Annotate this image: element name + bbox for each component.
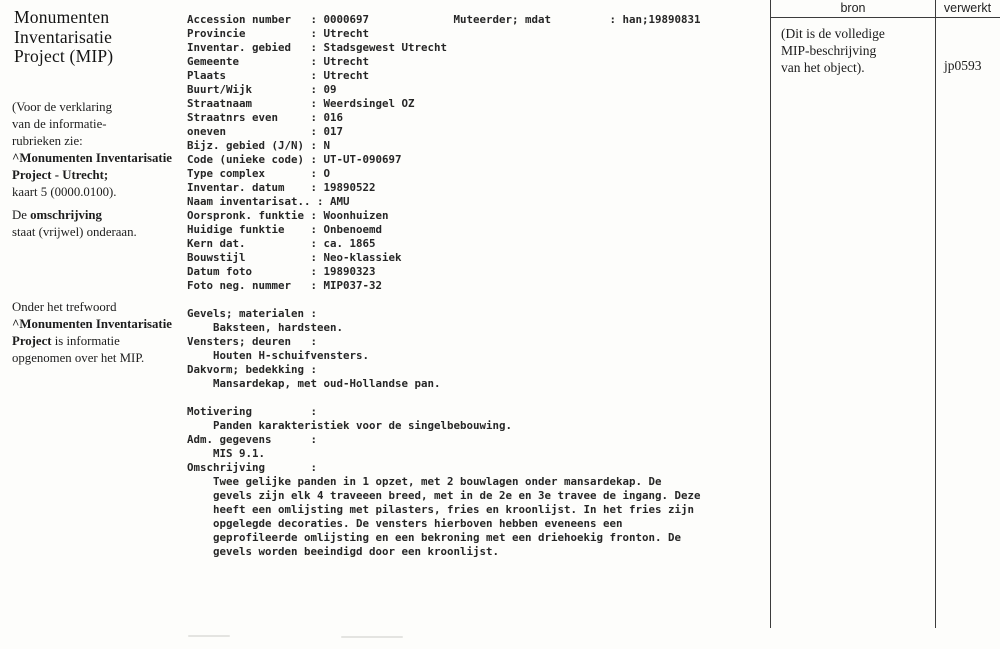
mip-record-text: Accession number : 0000697 Muteerder; md… — [187, 13, 701, 559]
scanned-mip-document-page: Monumenten Inventarisatie Project (MIP) … — [0, 0, 1000, 649]
bron-verwerkt-divider — [935, 0, 936, 628]
column-header-underline — [770, 17, 1000, 18]
page-title: Monumenten Inventarisatie Project (MIP) — [14, 8, 113, 67]
verwerkt-column-header: verwerkt — [936, 1, 999, 15]
page-title-line: Inventarisatie — [14, 28, 113, 48]
bron-column-header: bron — [771, 1, 935, 15]
note-omschrijving: De omschrijvingstaat (vrijwel) onderaan. — [12, 207, 192, 241]
scan-artifact — [341, 636, 403, 638]
note-verklaring: (Voor de verklaringvan de informatie-rub… — [12, 99, 192, 201]
page-title-line: Monumenten — [14, 8, 113, 28]
bron-annotation: (Dit is de volledigeMIP-beschrijvingvan … — [781, 25, 885, 76]
scan-artifact — [188, 635, 230, 637]
note-trefwoord: Onder het trefwoord^Monumenten Inventari… — [12, 299, 192, 367]
bron-column-left-border — [770, 0, 771, 628]
verwerkt-value: jp0593 — [944, 58, 982, 74]
page-title-line: Project (MIP) — [14, 47, 113, 67]
